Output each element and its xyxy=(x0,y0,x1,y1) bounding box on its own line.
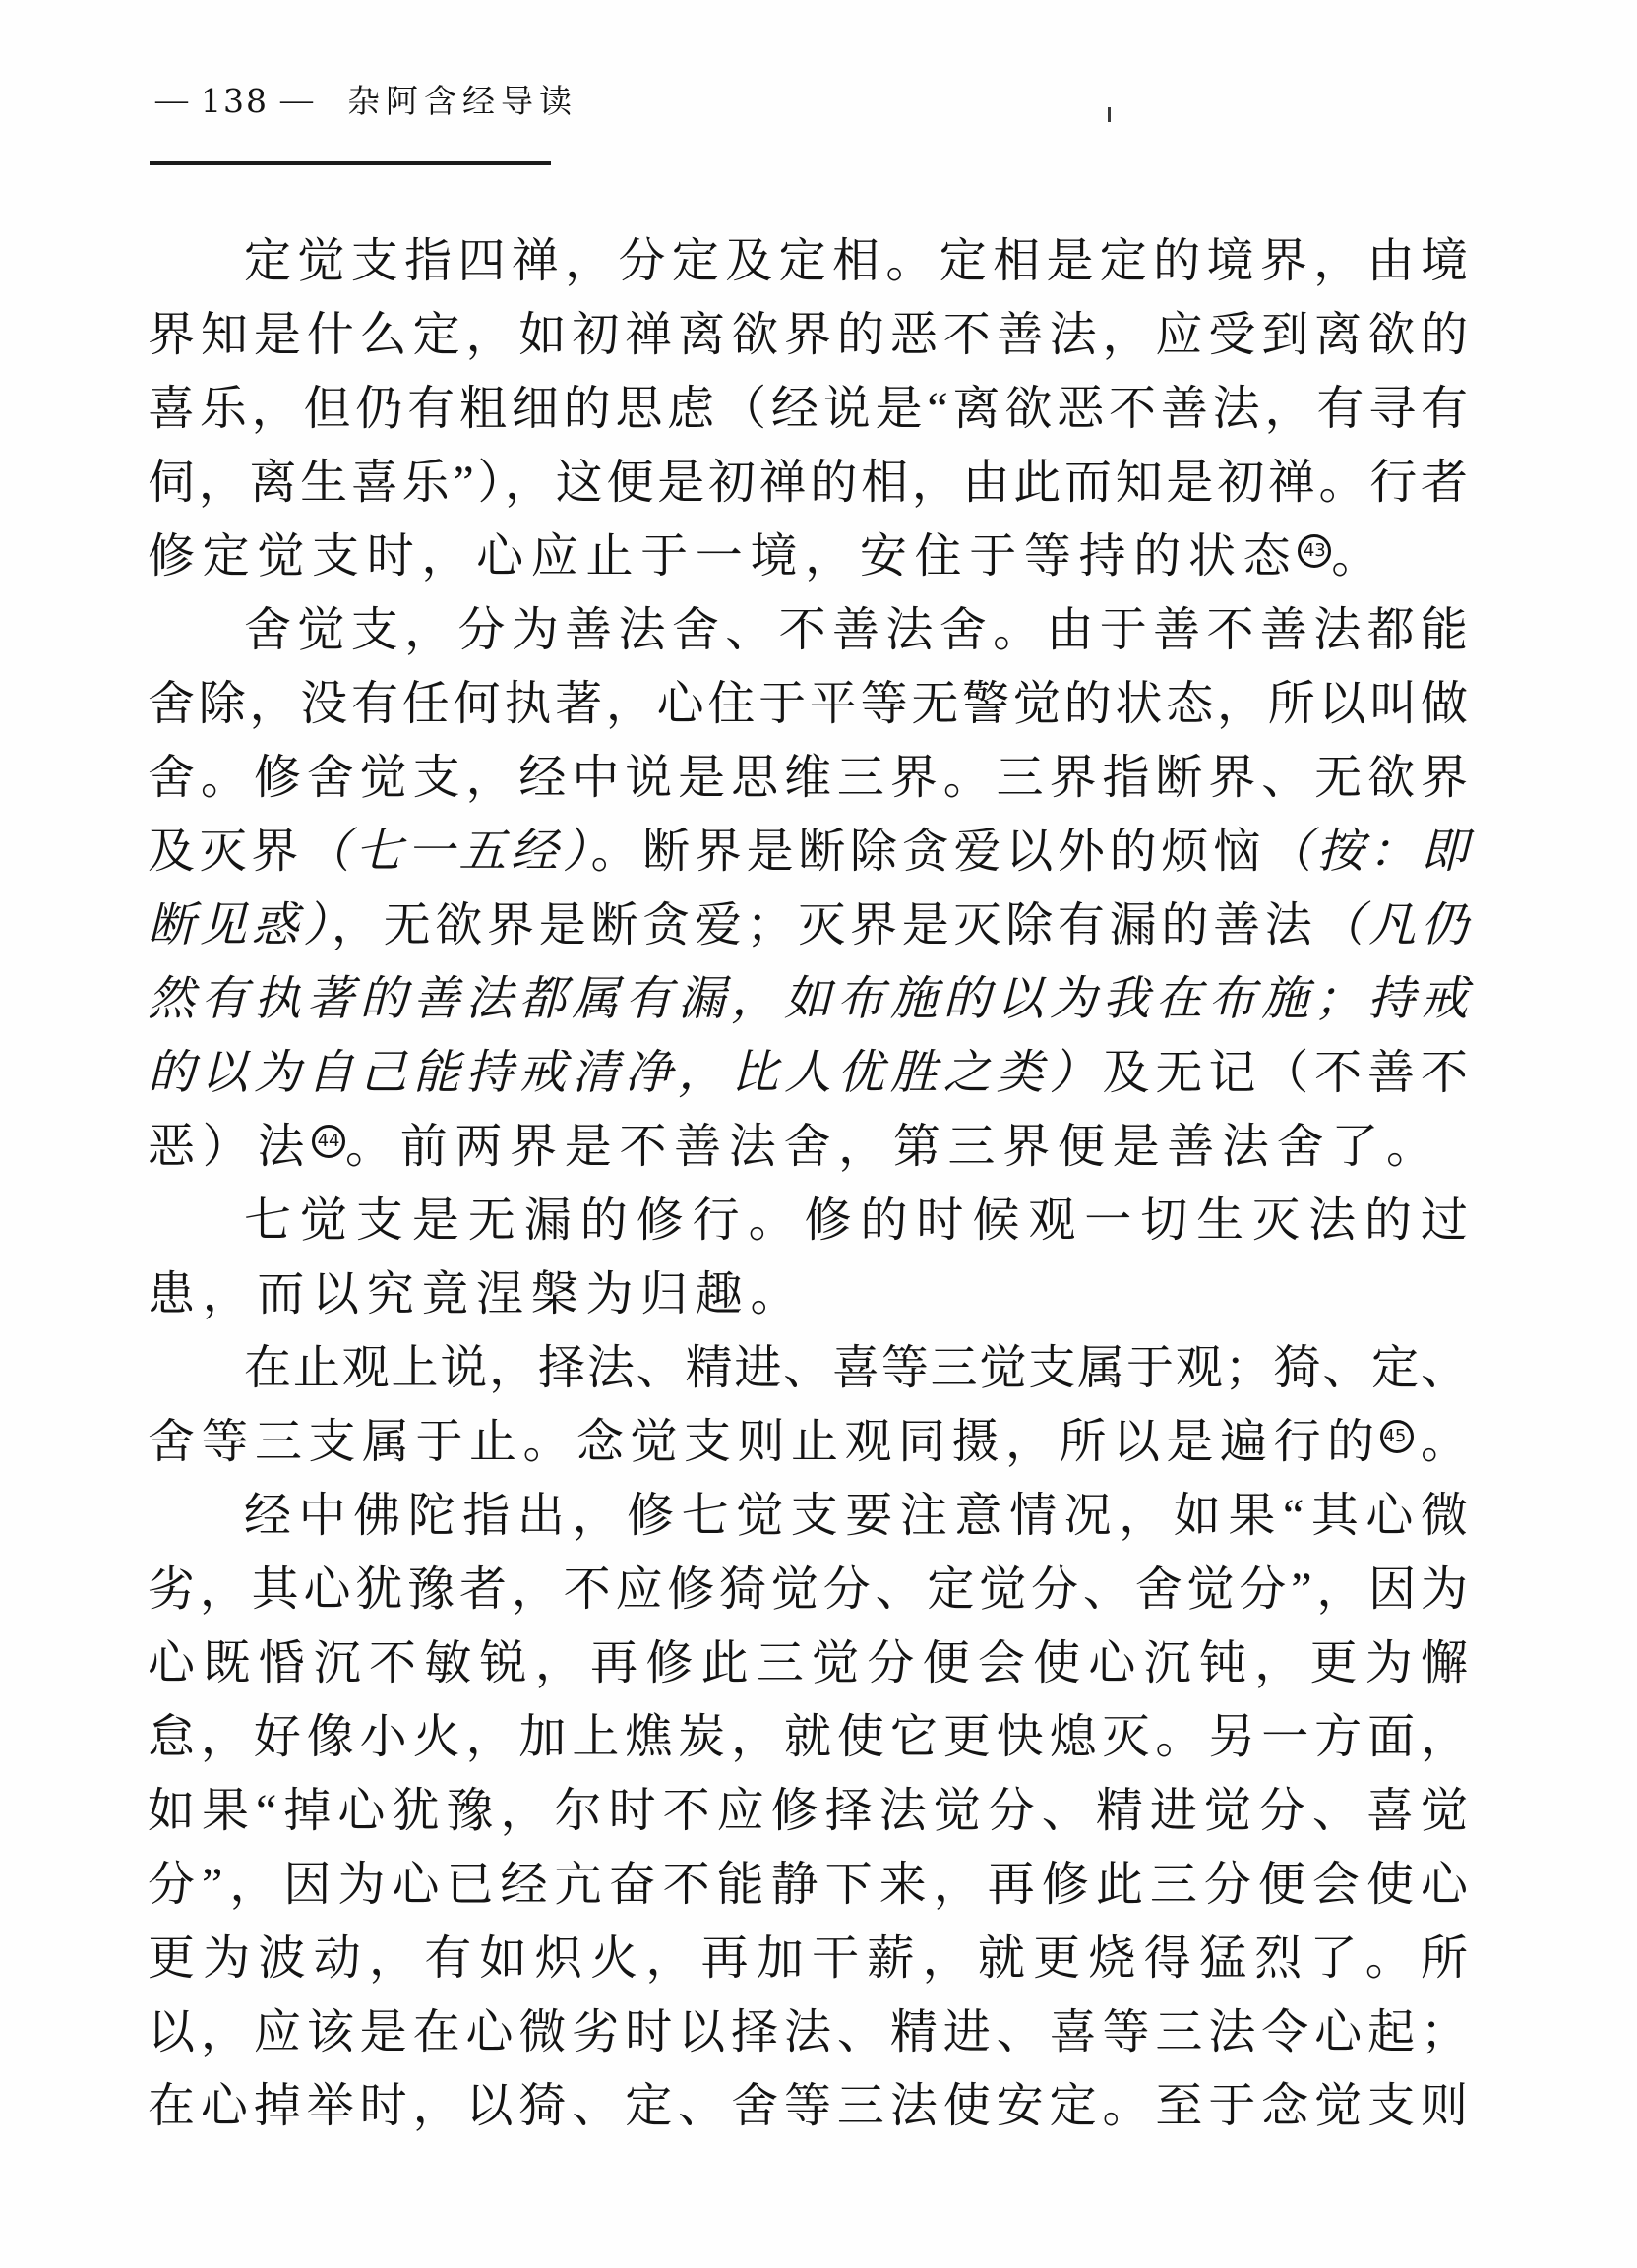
text-line: 七觉支是无漏的修行。修的时候观一切生灭法的过 xyxy=(148,1184,1468,1257)
text-run: 伺，离生喜乐”），这便是初禅的相，由此而知是初禅。行者 xyxy=(148,457,1468,509)
kai-text-run: （凡仍 xyxy=(1317,899,1468,951)
text-run: 经中佛陀指出，修七觉支要注意情况，如果“其心微 xyxy=(244,1490,1468,1542)
text-run: 喜乐，但仍有粗细的思虑（经说是“离欲恶不善法，有寻有 xyxy=(148,383,1468,435)
text-run: 分”，因为心已经亢奋不能静下来，再修此三分便会使心 xyxy=(148,1859,1468,1911)
text-run: 在心掉举时，以猗、定、舍等三法使安定。至于念觉支则 xyxy=(148,2080,1468,2132)
header-dash-right: — xyxy=(280,78,314,123)
text-run: 及灭界 xyxy=(148,826,303,878)
kai-text-run: 的以为自己能持戒清净，比人优胜之类） xyxy=(148,1047,1102,1099)
text-line: 舍除，没有任何执著，心住于平等无警觉的状态，所以叫做 xyxy=(148,667,1468,741)
scan-artifact-mark xyxy=(1108,107,1111,122)
text-run: 修定觉支时，心应止于一境，安住于等持的状态 xyxy=(148,530,1298,582)
text-line: 修定觉支时，心应止于一境，安住于等持的状态43。 xyxy=(148,520,1468,593)
text-line: 舍。修舍觉支，经中说是思维三界。三界指断界、无欲界 xyxy=(148,741,1468,815)
text-run: 舍觉支，分为善法舍、不善法舍。由于善不善法都能 xyxy=(244,604,1468,656)
text-line: 怠，好像小火，加上燋炭，就使它更快熄灭。另一方面， xyxy=(148,1700,1468,1774)
text-run: 如果“掉心犹豫，尔时不应修择法觉分、精进觉分、喜觉 xyxy=(148,1785,1468,1837)
text-line: 喜乐，但仍有粗细的思虑（经说是“离欲恶不善法，有寻有 xyxy=(148,372,1468,446)
kai-text-run: 断见惑） xyxy=(148,899,332,951)
text-line: 经中佛陀指出，修七觉支要注意情况，如果“其心微 xyxy=(148,1479,1468,1553)
text-line: 然有执著的善法都属有漏，如布施的以为我在布施；持戒 xyxy=(148,962,1468,1036)
text-line: 伺，离生喜乐”），这便是初禅的相，由此而知是初禅。行者 xyxy=(148,446,1468,520)
text-line: 在止观上说，择法、精进、喜等三觉支属于观；猗、定、 xyxy=(148,1331,1468,1405)
text-line: 分”，因为心已经亢奋不能静下来，再修此三分便会使心 xyxy=(148,1848,1468,1922)
text-line: 舍等三支属于止。念觉支则止观同摄，所以是遍行的45。 xyxy=(148,1405,1468,1479)
footnote-marker: 44 xyxy=(312,1125,345,1158)
text-body: 定觉支指四禅，分定及定相。定相是定的境界，由境界知是什么定，如初禅离欲界的恶不善… xyxy=(148,224,1468,2143)
text-line: 患，而以究竟涅槃为归趣。 xyxy=(148,1257,1468,1331)
text-line: 的以为自己能持戒清净，比人优胜之类）及无记（不善不 xyxy=(148,1036,1468,1110)
text-run: 七觉支是无漏的修行。修的时候观一切生灭法的过 xyxy=(244,1195,1468,1247)
text-run: 。前两界是不善法舍，第三界便是善法舍了。 xyxy=(345,1121,1441,1173)
text-run: 更为波动，有如炽火，再加干薪，就更烧得猛烈了。所 xyxy=(148,1932,1468,1985)
text-run: 怠，好像小火，加上燋炭，就使它更快熄灭。另一方面， xyxy=(148,1711,1468,1763)
page-number: 138 xyxy=(201,79,269,124)
kai-text-run: （七一五经） xyxy=(303,826,590,878)
text-run: 在止观上说，择法、精进、喜等三觉支属于观；猗、定、 xyxy=(244,1342,1468,1394)
footnote-marker: 45 xyxy=(1380,1420,1414,1453)
book-title: 杂阿含经导读 xyxy=(347,80,577,125)
kai-text-run: （按：即 xyxy=(1265,826,1468,878)
text-run: 及无记（不善不 xyxy=(1102,1047,1468,1099)
text-run: 舍。修舍觉支，经中说是思维三界。三界指断界、无欲界 xyxy=(148,752,1468,804)
text-run: 定觉支指四禅，分定及定相。定相是定的境界，由境 xyxy=(244,235,1468,287)
text-run: 舍除，没有任何执著，心住于平等无警觉的状态，所以叫做 xyxy=(148,678,1468,730)
page-header: —138—杂阿含经导读 xyxy=(155,79,577,125)
text-line: 如果“掉心犹豫，尔时不应修择法觉分、精进觉分、喜觉 xyxy=(148,1774,1468,1848)
text-line: 定觉支指四禅，分定及定相。定相是定的境界，由境 xyxy=(148,224,1468,298)
text-line: 断见惑），无欲界是断贪爱；灭界是灭除有漏的善法（凡仍 xyxy=(148,889,1468,962)
book-page: —138—杂阿含经导读 定觉支指四禅，分定及定相。定相是定的境界，由境界知是什么… xyxy=(0,0,1637,2268)
text-line: 在心掉举时，以猗、定、舍等三法使安定。至于念觉支则 xyxy=(148,2069,1468,2143)
text-line: 及灭界（七一五经）。断界是断除贪爱以外的烦恼（按：即 xyxy=(148,815,1468,889)
text-line: 舍觉支，分为善法舍、不善法舍。由于善不善法都能 xyxy=(148,593,1468,667)
text-run: 。 xyxy=(1331,530,1386,582)
text-line: 界知是什么定，如初禅离欲界的恶不善法，应受到离欲的 xyxy=(148,298,1468,372)
text-run: 。 xyxy=(1414,1416,1468,1468)
text-run: ，无欲界是断贪爱；灭界是灭除有漏的善法 xyxy=(332,899,1317,951)
header-rule xyxy=(150,161,551,165)
text-line: 恶）法44。前两界是不善法舍，第三界便是善法舍了。 xyxy=(148,1110,1468,1184)
header-dash-left: — xyxy=(155,78,189,123)
text-run: 以，应该是在心微劣时以择法、精进、喜等三法令心起； xyxy=(148,2006,1468,2058)
footnote-marker: 43 xyxy=(1298,534,1331,568)
text-run: 患，而以究竟涅槃为归趣。 xyxy=(148,1268,805,1320)
text-run: 心既惛沉不敏锐，再修此三觉分便会使心沉钝，更为懈 xyxy=(148,1637,1468,1689)
text-run: 。断界是断除贪爱以外的烦恼 xyxy=(590,826,1264,878)
text-run: 舍等三支属于止。念觉支则止观同摄，所以是遍行的 xyxy=(148,1416,1380,1468)
text-run: 界知是什么定，如初禅离欲界的恶不善法，应受到离欲的 xyxy=(148,309,1468,361)
text-line: 更为波动，有如炽火，再加干薪，就更烧得猛烈了。所 xyxy=(148,1922,1468,1995)
text-line: 心既惛沉不敏锐，再修此三觉分便会使心沉钝，更为懈 xyxy=(148,1626,1468,1700)
text-line: 劣，其心犹豫者，不应修猗觉分、定觉分、舍觉分”，因为 xyxy=(148,1553,1468,1626)
text-run: 劣，其心犹豫者，不应修猗觉分、定觉分、舍觉分”，因为 xyxy=(148,1563,1468,1616)
kai-text-run: 然有执著的善法都属有漏，如布施的以为我在布施；持戒 xyxy=(148,973,1468,1025)
text-run: 恶）法 xyxy=(148,1121,312,1173)
text-line: 以，应该是在心微劣时以择法、精进、喜等三法令心起； xyxy=(148,1995,1468,2069)
